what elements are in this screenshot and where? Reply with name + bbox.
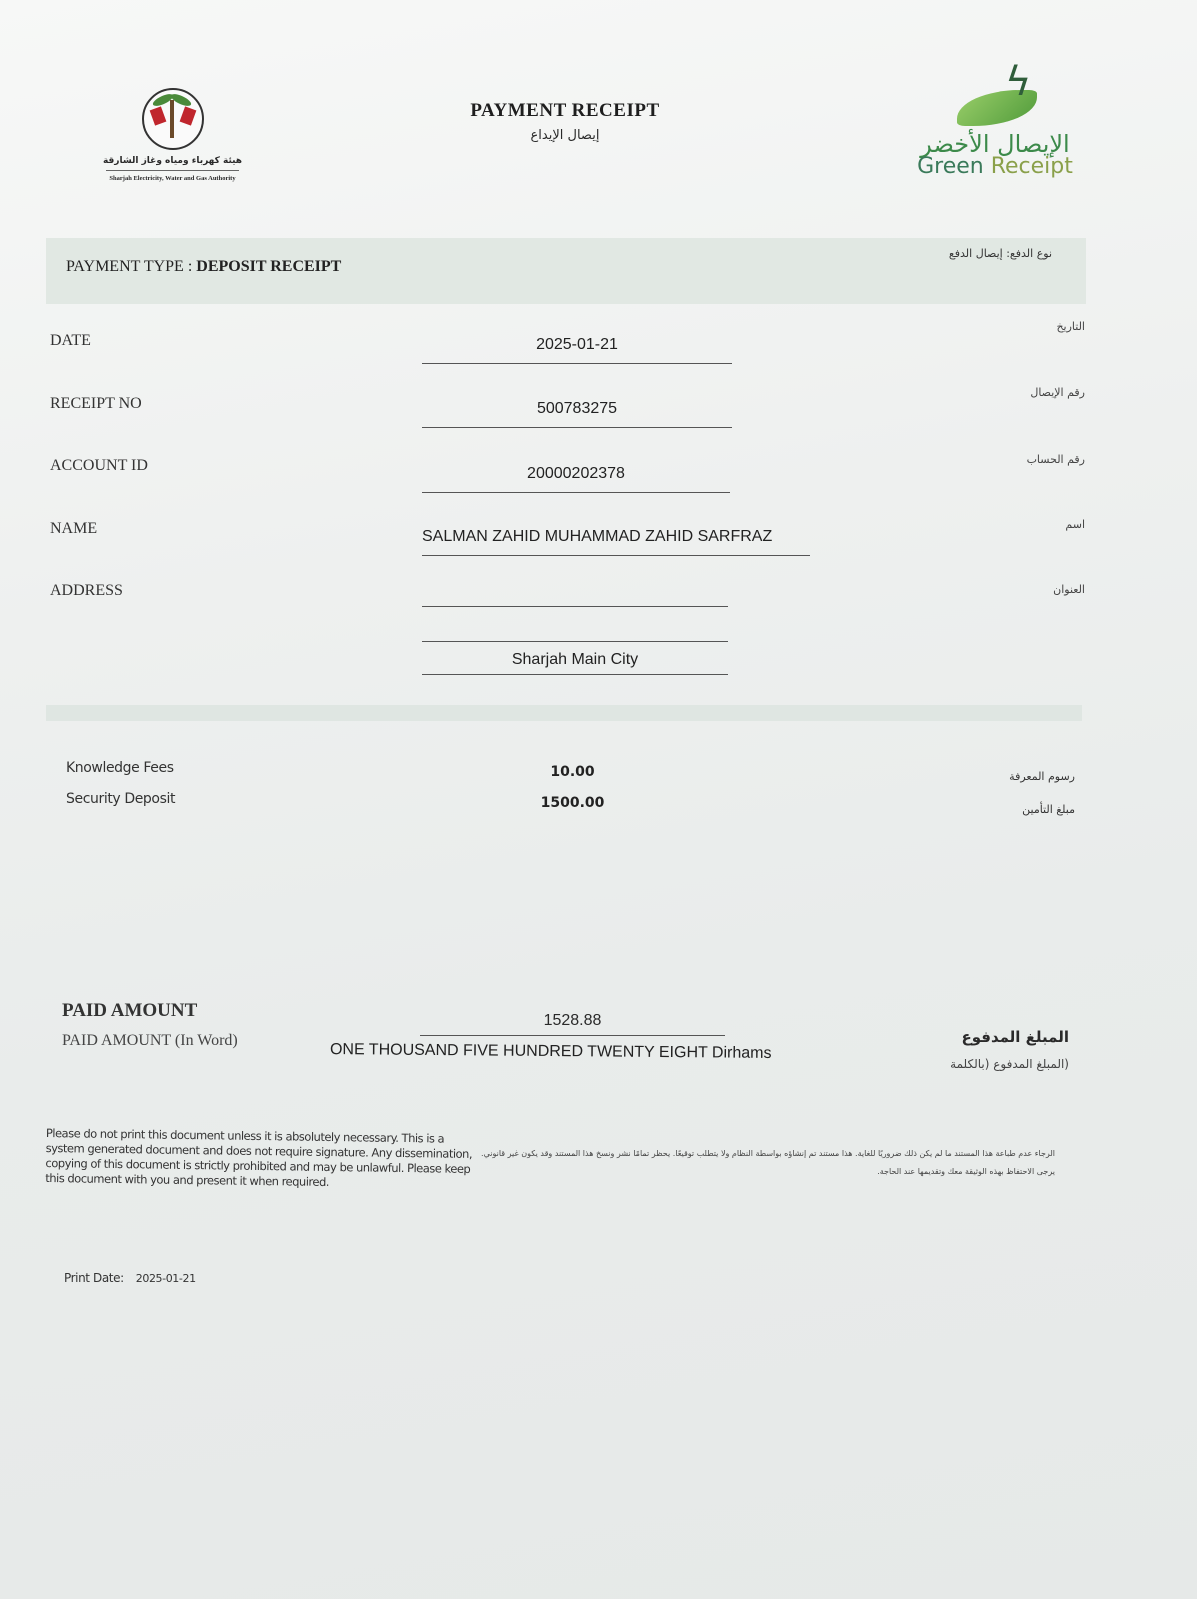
- name-label-ar: اسم: [1065, 518, 1085, 531]
- sharjah-emblem-icon: [142, 88, 204, 150]
- payment-type: PAYMENT TYPE : DEPOSIT RECEIPT: [66, 258, 341, 276]
- paid-amount-words: ONE THOUSAND FIVE HUNDRED TWENTY EIGHT D…: [330, 1041, 772, 1063]
- paid-amount-value: 1528.88: [420, 1012, 725, 1030]
- print-date-label: Print Date:: [64, 1271, 124, 1285]
- logo-divider: [106, 170, 239, 171]
- address-line-3: Sharjah Main City: [422, 651, 728, 669]
- receipt-word: Receipt: [991, 154, 1073, 179]
- name-value: SALMAN ZAHID MUHAMMAD ZAHID SARFRAZ: [422, 528, 810, 546]
- authority-name-ar: هيئة كهرباء ومياه وغاز الشارقة: [100, 156, 245, 166]
- date-label-ar: التاريخ: [1056, 320, 1085, 333]
- account-id-underline: [422, 492, 730, 493]
- authority-name-en: Sharjah Electricity, Water and Gas Autho…: [100, 175, 245, 182]
- paid-amount-words-label-ar: (المبلغ المدفوع (بالكلمة: [950, 1057, 1069, 1071]
- disclaimer-ar: الرجاء عدم طباعة هذا المستند ما لم يكن ذ…: [480, 1145, 1055, 1181]
- disclaimer-en: Please do not print this document unless…: [45, 1126, 476, 1192]
- fee-label: Knowledge Fees: [66, 760, 174, 776]
- payment-type-label: PAYMENT TYPE :: [66, 258, 196, 275]
- paid-amount-label-ar: المبلغ المدفوع: [961, 1028, 1069, 1046]
- green-receipt-logo: ϟ الإيصال الأخضر Green Receipt: [905, 62, 1085, 179]
- name-label: NAME: [50, 520, 97, 538]
- account-id-label: ACCOUNT ID: [50, 457, 148, 475]
- receipt-no-underline: [422, 427, 732, 428]
- account-id-value: 20000202378: [422, 465, 730, 483]
- page-title: PAYMENT RECEIPT: [440, 100, 690, 122]
- receipt-no-label: RECEIPT NO: [50, 395, 142, 413]
- paid-amount-underline: [420, 1035, 725, 1036]
- receipt-title: PAYMENT RECEIPT إيصال الإيداع: [440, 100, 690, 143]
- fee-label: Security Deposit: [66, 791, 175, 807]
- fee-amount: 1500.00: [520, 795, 625, 811]
- sewa-logo: هيئة كهرباء ومياه وغاز الشارقة Sharjah E…: [100, 88, 245, 182]
- leaf-bolt-icon: ϟ: [935, 62, 1055, 132]
- payment-type-ar: نوع الدفع: إيصال الدفع: [949, 247, 1052, 260]
- fee-label-ar: رسوم المعرفة: [1009, 770, 1075, 783]
- address-label: ADDRESS: [50, 582, 123, 600]
- print-date: Print Date:2025-01-21: [64, 1271, 196, 1285]
- receipt-no-value: 500783275: [422, 400, 732, 418]
- green-receipt-en: Green Receipt: [905, 154, 1085, 179]
- account-id-label-ar: رقم الحساب: [1027, 453, 1085, 466]
- fee-amount: 10.00: [520, 764, 625, 780]
- address-underline-2: [422, 641, 728, 642]
- date-value: 2025-01-21: [422, 336, 732, 354]
- print-date-value: 2025-01-21: [136, 1272, 196, 1285]
- fee-label-ar: مبلغ التأمين: [1022, 803, 1075, 816]
- green-word: Green: [917, 154, 984, 179]
- payment-type-value: DEPOSIT RECEIPT: [196, 258, 341, 275]
- paid-amount-label: PAID AMOUNT: [62, 1000, 197, 1022]
- receipt-no-label-ar: رقم الإيصال: [1030, 386, 1085, 399]
- address-label-ar: العنوان: [1053, 583, 1085, 596]
- address-underline-1: [422, 606, 728, 607]
- page-title-ar: إيصال الإيداع: [440, 128, 690, 143]
- paid-amount-words-label: PAID AMOUNT (In Word): [62, 1032, 238, 1050]
- date-underline: [422, 363, 732, 364]
- address-underline-3: [422, 674, 728, 675]
- name-underline: [422, 555, 810, 556]
- date-label: DATE: [50, 332, 91, 350]
- section-divider: [46, 705, 1082, 721]
